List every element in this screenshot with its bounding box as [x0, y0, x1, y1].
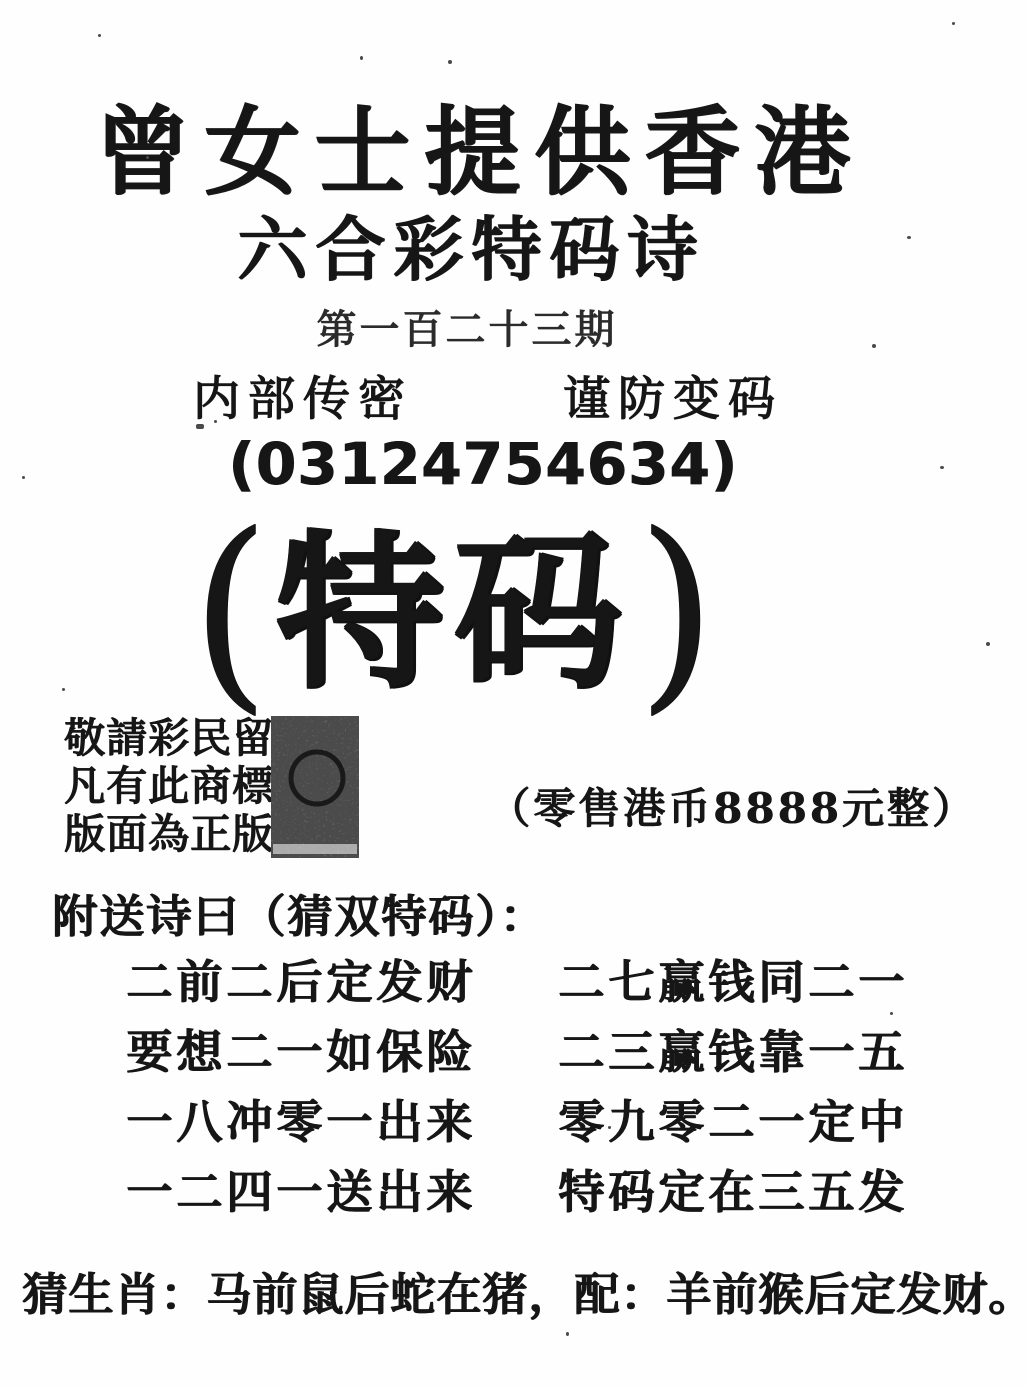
scan-speck	[952, 22, 955, 25]
scan-speck	[907, 236, 911, 239]
page-title: 曾女士提供香港	[0, 76, 992, 213]
poem-line: 特码定在三五发	[558, 1156, 908, 1222]
poem-line: 二七赢钱同二一	[558, 946, 908, 1012]
zodiac-hint-line: 猜生肖：马前鼠后蛇在猪，配：羊前猴后定发财。	[22, 1258, 1026, 1323]
banner-open-paren: (	[191, 507, 269, 717]
poem-line: 二三赢钱靠一五	[558, 1016, 908, 1082]
poem-row: 一八冲零一出来 零九零二一定中	[0, 1084, 1026, 1154]
code-number: (03124754634)	[228, 430, 738, 498]
banner-close-paren: )	[637, 507, 715, 717]
scan-speck	[214, 420, 217, 423]
page-subtitle: 六合彩特码诗	[0, 194, 984, 295]
scan-speck	[986, 642, 990, 646]
scan-speck	[890, 1012, 893, 1015]
scan-speck	[62, 688, 65, 691]
poem-line: 二前二后定发财	[126, 946, 476, 1012]
dragon-seal-stamp-icon	[271, 716, 359, 858]
poem-row: 一二四一送出来 特码定在三五发	[0, 1154, 1026, 1224]
scan-speck	[940, 466, 944, 469]
scan-speck	[448, 60, 452, 64]
poem-row: 二前二后定发财 二七赢钱同二一	[0, 944, 1026, 1014]
poem-row: 要想二一如保险 二三赢钱靠一五	[0, 1014, 1026, 1084]
scan-speck	[146, 156, 149, 159]
special-code-text: 特码	[275, 520, 631, 705]
poem-block: 二前二后定发财 二七赢钱同二一 要想二一如保险 二三赢钱靠一五 一八冲零一出来 …	[0, 944, 1026, 1224]
scan-speck	[98, 34, 101, 37]
scan-speck	[608, 1126, 611, 1129]
scan-speck	[22, 476, 25, 479]
scan-speck	[566, 1332, 569, 1336]
poem-header: 附送诗曰（猜双特码）：	[52, 880, 547, 945]
poem-line: 一八冲零一出来	[126, 1086, 476, 1152]
scan-speck	[196, 424, 204, 429]
special-code-banner: (特码)	[0, 512, 966, 712]
scan-speck	[360, 56, 363, 60]
poem-line: 一二四一送出来	[126, 1156, 476, 1222]
beware-fake-notice: 谨防变码	[563, 362, 783, 429]
retail-price-notice: （零售港币8888元整）	[488, 776, 977, 836]
issue-number: 第一百二十三期	[0, 298, 980, 355]
internal-secret-notice: 内部传密	[193, 362, 413, 429]
scan-speck	[872, 344, 876, 348]
poem-line: 要想二一如保险	[126, 1016, 476, 1082]
poem-line: 零九零二一定中	[558, 1086, 908, 1152]
lottery-flyer-page: 曾女士提供香港 六合彩特码诗 第一百二十三期 内部传密 谨防变码 (031247…	[0, 0, 1026, 1388]
